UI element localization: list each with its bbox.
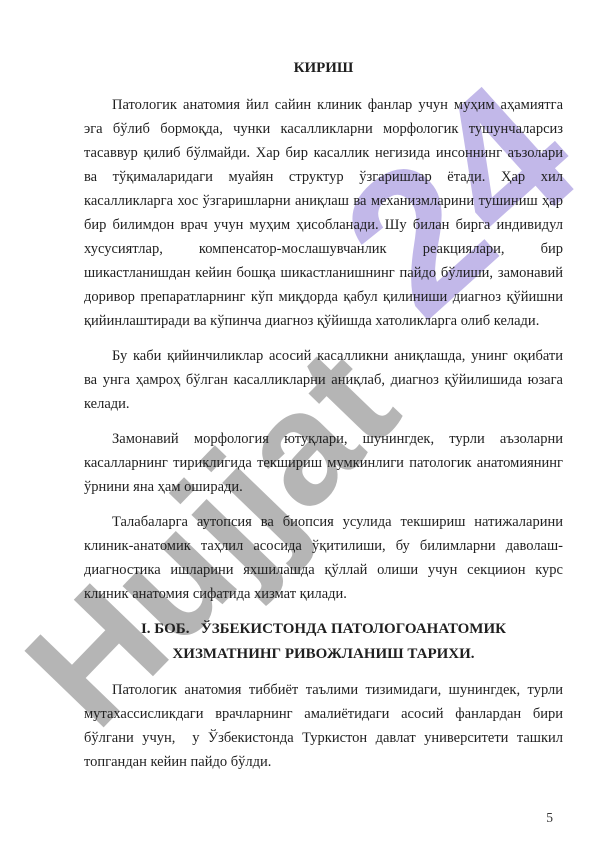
text-line: хусусиятлар, компенсатор-мослашувчанлик … [84, 237, 563, 261]
text-line: бўлгани учун, у Ўзбекистонда Туркистон д… [84, 726, 563, 750]
text-line: ўрнини яна ҳам оширади. [84, 475, 563, 499]
text-line: тасаввур қилиб бўлмайди. Хар бир касалли… [84, 141, 563, 165]
text-line: касалларнинг тириклигида текшириш мумкин… [84, 451, 563, 475]
text-line: диагностика ишларини яхшилашда қўллай ол… [84, 558, 563, 582]
page-title: КИРИШ [84, 56, 563, 80]
document-page: Hujjat 24 КИРИШ Патологик анатомия йил с… [0, 0, 596, 842]
text-line: келади. [84, 392, 563, 416]
text-line: бир билимдон врач учун муҳим ҳисобланади… [84, 213, 563, 237]
document-body: КИРИШ Патологик анатомия йил сайин клини… [84, 56, 563, 785]
text-line: Патологик анатомия йил сайин клиник фанл… [84, 93, 563, 117]
paragraph: Замонавий морфология ютуқлари, шунингдек… [84, 427, 563, 499]
text-line: Патологик анатомия тиббиёт таълими тизим… [84, 678, 563, 702]
paragraph: Бу каби қийинчиликлар асосий касалликни … [84, 344, 563, 416]
text-line: шикастланишдан кейин бошқа шикастланишни… [84, 261, 563, 285]
paragraph: Талабаларга аутопсия ва биопсия усулида … [84, 510, 563, 606]
text-line: клиник анатомия сифатида хизмат қилади. [84, 582, 563, 606]
text-line: Бу каби қийинчиликлар асосий касалликни … [84, 344, 563, 368]
section-heading: I. БОБ. ЎЗБЕКИСТОНДА ПАТОЛОГОАНАТОМИКХИЗ… [84, 617, 563, 667]
page-number: 5 [546, 810, 553, 826]
text-line: доривор препаратларнинг кўп миқдорда қаб… [84, 285, 563, 309]
text-line: I. БОБ. ЎЗБЕКИСТОНДА ПАТОЛОГОАНАТОМИК [84, 617, 563, 642]
text-line: қийинлаштиради ва кўпинча диагноз қўйишд… [84, 309, 563, 333]
paragraph: Патологик анатомия йил сайин клиник фанл… [84, 93, 563, 333]
text-line: мутахассисликдаги врачларнинг амалиётида… [84, 702, 563, 726]
text-line: ХИЗМАТНИНГ РИВОЖЛАНИШ ТАРИХИ. [84, 642, 563, 667]
text-line: клиник-анатомик таҳлил асосида ўқитилиши… [84, 534, 563, 558]
text-line: касалликларга хос ўзгаришларни аниқлаш в… [84, 189, 563, 213]
text-line: ва тўқималаридаги муайян структур ўзгари… [84, 165, 563, 189]
text-line: ва унга ҳамроҳ бўлган касалликларни аниқ… [84, 368, 563, 392]
text-line: Замонавий морфология ютуқлари, шунингдек… [84, 427, 563, 451]
text-line: эга бўлиб бормоқда, чунки касалликларни … [84, 117, 563, 141]
paragraph: Патологик анатомия тиббиёт таълими тизим… [84, 678, 563, 774]
text-line: Талабаларга аутопсия ва биопсия усулида … [84, 510, 563, 534]
text-line: топгандан кейин пайдо бўлди. [84, 750, 563, 774]
